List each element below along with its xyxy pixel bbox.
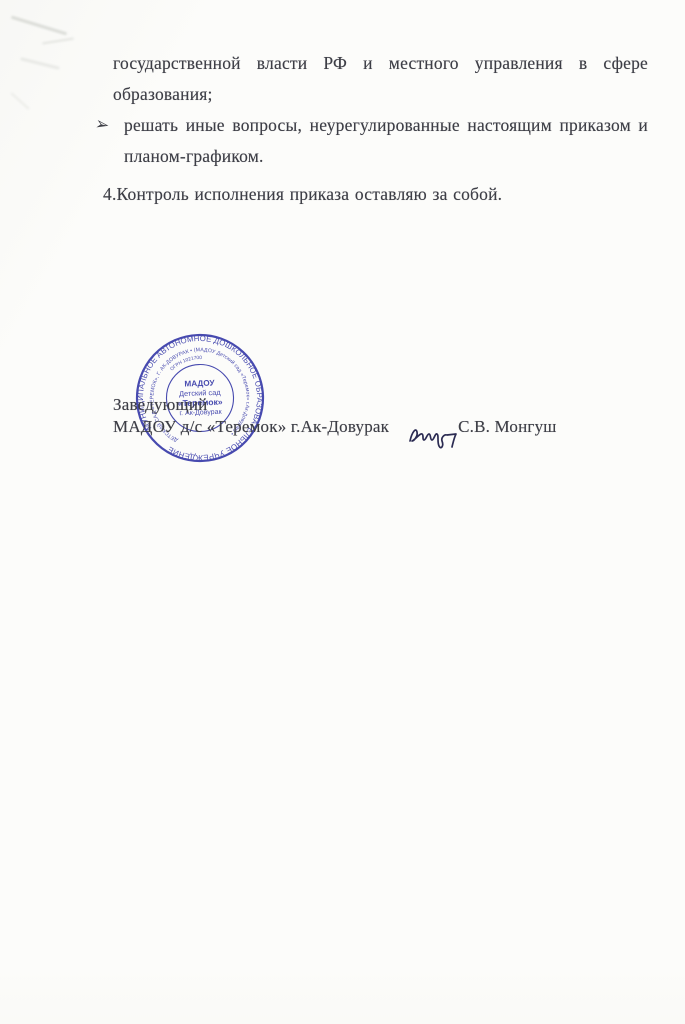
- scan-smudge: [11, 16, 67, 36]
- signer-title-line2-row: МАДОУ д/с «Теремок» г.Ак-Довурак С.В. Мо…: [113, 416, 653, 446]
- signer-title-line1: Заведующий: [113, 394, 653, 416]
- handwritten-signature-scribble-icon: [407, 419, 461, 449]
- scan-smudge: [20, 57, 59, 69]
- scan-smudge: [42, 38, 74, 45]
- signer-org-text: МАДОУ д/с «Теремок» г.Ак-Довурак: [113, 416, 389, 438]
- bullet-item-resolve-issues: решать иные вопросы, неурегулированные н…: [124, 110, 648, 172]
- paragraph-authority: государственной власти РФ и местного упр…: [113, 48, 648, 110]
- paragraph-line: образования;: [113, 79, 648, 110]
- arrow-bullet-icon: ➢: [93, 114, 111, 136]
- signature-block: Заведующий МАДОУ д/с «Теремок» г.Ак-Дову…: [113, 394, 653, 446]
- paragraph-control-clause: 4.Контроль исполнения приказа оставляю з…: [103, 179, 663, 210]
- paragraph-line: государственной власти РФ и местного упр…: [113, 48, 648, 79]
- scanned-document-page: государственной власти РФ и местного упр…: [0, 0, 685, 1024]
- paragraph-line: планом-графиком.: [124, 141, 648, 172]
- paragraph-line: решать иные вопросы, неурегулированные н…: [124, 110, 648, 141]
- scan-smudge: [10, 92, 29, 110]
- signer-name: С.В. Монгуш: [458, 416, 556, 438]
- stamp-center-org-abbr: МАДОУ: [184, 378, 215, 388]
